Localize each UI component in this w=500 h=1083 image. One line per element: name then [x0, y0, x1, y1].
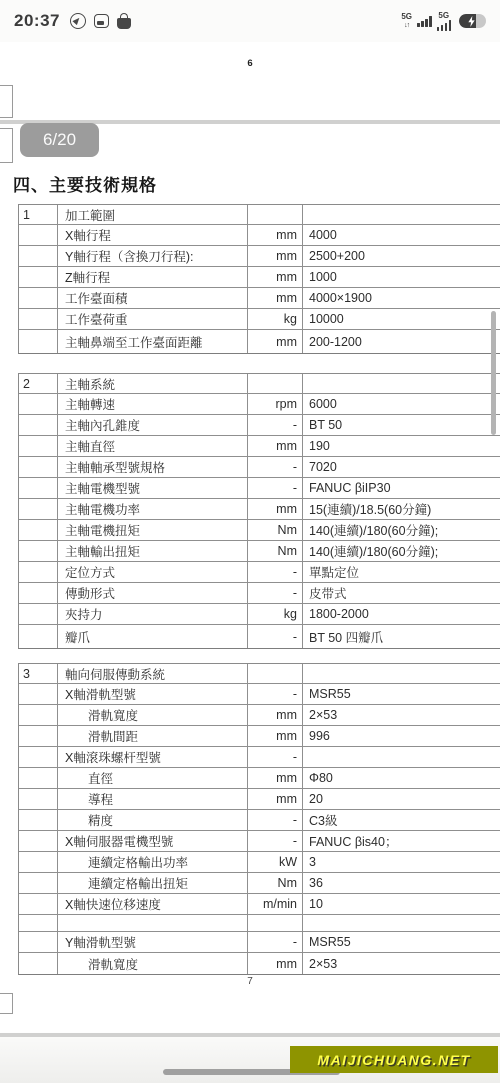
- compass-icon: [70, 13, 86, 29]
- row-number-cell: [19, 267, 58, 287]
- spec-label-cell: 連續定格輸出功率: [58, 852, 248, 872]
- unit-cell: mm: [248, 789, 303, 809]
- table-section-row: 3軸向伺服傳動系統: [19, 664, 500, 684]
- table-row: [19, 915, 500, 932]
- value-cell: 15(連續)/18.5(60分鐘): [303, 499, 500, 519]
- value-cell: 4000: [303, 225, 500, 245]
- table-row: 連續定格輸出扭矩Nm36: [19, 873, 500, 894]
- table-row: Y軸行程（含換刀行程):mm2500+200: [19, 246, 500, 267]
- row-number-cell: [19, 330, 58, 353]
- unit-cell: mm: [248, 705, 303, 725]
- value-cell: 6000: [303, 394, 500, 414]
- value-cell: C3級: [303, 810, 500, 830]
- table-row: 主軸內孔錐度-BT 50: [19, 415, 500, 436]
- value-cell: BT 50: [303, 415, 500, 435]
- status-icons: [70, 13, 131, 29]
- unit-cell: -: [248, 625, 303, 648]
- previous-page-footer-number: 6: [0, 58, 500, 69]
- table-row: 主軸電機扭矩Nm140(連續)/180(60分鐘);: [19, 520, 500, 541]
- value-cell: 單點定位: [303, 562, 500, 582]
- table-row: 滑軌間距mm996: [19, 726, 500, 747]
- section-number-cell: 1: [19, 205, 58, 224]
- table-row: 主軸直徑mm190: [19, 436, 500, 457]
- phone-screen: 20:37 5G ↓↑ 5G: [0, 0, 500, 1083]
- unit-cell: -: [248, 583, 303, 603]
- table-row: 直徑mmΦ80: [19, 768, 500, 789]
- unit-cell: [248, 205, 303, 224]
- unit-cell: mm: [248, 436, 303, 456]
- unit-cell: mm: [248, 267, 303, 287]
- unit-cell: mm: [248, 499, 303, 519]
- section-number-cell: 3: [19, 664, 58, 683]
- row-number-cell: [19, 246, 58, 266]
- value-cell: [303, 915, 500, 931]
- spec-label-cell: 滑軌寬度: [58, 953, 248, 974]
- unit-cell: m/min: [248, 894, 303, 914]
- table-fragment-left-edge: [0, 128, 13, 163]
- unit-cell: mm: [248, 726, 303, 746]
- value-cell: [303, 205, 500, 224]
- unit-cell: mm: [248, 288, 303, 308]
- row-number-cell: [19, 583, 58, 603]
- spec-label-cell: 主軸轉速: [58, 394, 248, 414]
- value-cell: MSR55: [303, 684, 500, 704]
- table-row: X軸快速位移速度m/min10: [19, 894, 500, 915]
- table-row: 夾持力kg1800-2000: [19, 604, 500, 625]
- unit-cell: Nm: [248, 541, 303, 561]
- spec-label-cell: [58, 915, 248, 931]
- unit-cell: Nm: [248, 520, 303, 540]
- spec-label-cell: 定位方式: [58, 562, 248, 582]
- unit-cell: mm: [248, 953, 303, 974]
- value-cell: 20: [303, 789, 500, 809]
- row-number-cell: [19, 789, 58, 809]
- row-number-cell: [19, 684, 58, 704]
- sim2-signal-icon: [437, 20, 452, 31]
- value-cell: [303, 664, 500, 683]
- value-cell: 1800-2000: [303, 604, 500, 624]
- current-page-footer-number: 7: [0, 976, 500, 987]
- value-cell: FANUC βiIP30: [303, 478, 500, 498]
- spec-label-cell: 工作臺面積: [58, 288, 248, 308]
- spec-label-cell: X軸快速位移速度: [58, 894, 248, 914]
- spec-label-cell: Y軸滑軌型號: [58, 932, 248, 952]
- table-fragment-left-edge: [0, 993, 13, 1014]
- value-cell: [303, 747, 500, 767]
- spec-label-cell: 主軸軸承型號規格: [58, 457, 248, 477]
- value-cell: Φ80: [303, 768, 500, 788]
- spec-label-cell: 主軸電機功率: [58, 499, 248, 519]
- row-number-cell: [19, 604, 58, 624]
- spec-label-cell: 主軸內孔錐度: [58, 415, 248, 435]
- spec-label-cell: 主軸直徑: [58, 436, 248, 456]
- unit-cell: Nm: [248, 873, 303, 893]
- row-number-cell: [19, 768, 58, 788]
- row-number-cell: [19, 541, 58, 561]
- unit-cell: kW: [248, 852, 303, 872]
- row-number-cell: [19, 810, 58, 830]
- row-number-cell: [19, 852, 58, 872]
- table-section-row: 2主軸系統: [19, 374, 500, 394]
- unit-cell: -: [248, 478, 303, 498]
- scrollbar-thumb[interactable]: [491, 311, 496, 435]
- table-row: 滑軌寬度mm2×53: [19, 953, 500, 974]
- battery-icon: [459, 14, 486, 28]
- sim2-network-indicator: 5G: [437, 12, 452, 31]
- unit-cell: kg: [248, 309, 303, 329]
- unit-cell: -: [248, 810, 303, 830]
- spec-table-spindle-system: 2主軸系統主軸轉速rpm6000主軸內孔錐度-BT 50主軸直徑mm190主軸軸…: [18, 373, 500, 649]
- table-row: 工作臺荷重kg10000: [19, 309, 500, 330]
- row-number-cell: [19, 873, 58, 893]
- unit-cell: mm: [248, 246, 303, 266]
- unit-cell: mm: [248, 330, 303, 353]
- watermark-badge: MAIJICHUANG.NET: [290, 1046, 498, 1073]
- spec-label-cell: Y軸行程（含換刀行程):: [58, 246, 248, 266]
- spec-table-axis-servo-system: 3軸向伺服傳動系統X軸滑軌型號-MSR55滑軌寬度mm2×53滑軌間距mm996…: [18, 663, 500, 975]
- spec-label-cell: 直徑: [58, 768, 248, 788]
- value-cell: 1000: [303, 267, 500, 287]
- sim2-5g-label: 5G: [438, 12, 449, 20]
- value-cell: 皮带式: [303, 583, 500, 603]
- data-arrows-icon: ↓↑: [404, 22, 409, 29]
- value-cell: 996: [303, 726, 500, 746]
- unit-cell: rpm: [248, 394, 303, 414]
- row-number-cell: [19, 499, 58, 519]
- table-row: X軸滾珠螺杆型號-: [19, 747, 500, 768]
- value-cell: 140(連續)/180(60分鐘);: [303, 541, 500, 561]
- spec-label-cell: X軸伺服器電機型號: [58, 831, 248, 851]
- value-cell: 2500+200: [303, 246, 500, 266]
- spec-label-cell: X軸滑軌型號: [58, 684, 248, 704]
- row-number-cell: [19, 457, 58, 477]
- table-row: 滑軌寬度mm2×53: [19, 705, 500, 726]
- unit-cell: -: [248, 684, 303, 704]
- value-cell: 36: [303, 873, 500, 893]
- page-position-badge: 6/20: [20, 123, 99, 157]
- table-row: Z軸行程mm1000: [19, 267, 500, 288]
- spec-label-cell: 主軸鼻端至工作臺面距離: [58, 330, 248, 353]
- unit-cell: [248, 374, 303, 393]
- value-cell: BT 50 四瓣爪: [303, 625, 500, 648]
- row-number-cell: [19, 915, 58, 931]
- status-bar: 20:37 5G ↓↑ 5G: [0, 0, 500, 42]
- screenshot-capture-icon: [94, 14, 109, 28]
- spec-label-cell: 滑軌寬度: [58, 705, 248, 725]
- spec-label-cell: 主軸輸出扭矩: [58, 541, 248, 561]
- section-title-cell: 加工範圍: [58, 205, 248, 224]
- table-row: 主軸電機型號-FANUC βiIP30: [19, 478, 500, 499]
- value-cell: 10000: [303, 309, 500, 329]
- unit-cell: -: [248, 831, 303, 851]
- spec-table-machining-range: 1加工範圍X軸行程mm4000Y軸行程（含換刀行程):mm2500+200Z軸行…: [18, 204, 500, 354]
- spec-label-cell: 主軸電機扭矩: [58, 520, 248, 540]
- clock: 20:37: [14, 11, 60, 31]
- spec-label-cell: 工作臺荷重: [58, 309, 248, 329]
- row-number-cell: [19, 288, 58, 308]
- table-row: X軸滑軌型號-MSR55: [19, 684, 500, 705]
- value-cell: 200-1200: [303, 330, 500, 353]
- unit-cell: -: [248, 562, 303, 582]
- table-row: X軸行程mm4000: [19, 225, 500, 246]
- value-cell: 10: [303, 894, 500, 914]
- spec-label-cell: X軸滾珠螺杆型號: [58, 747, 248, 767]
- status-bar-right: 5G ↓↑ 5G: [401, 12, 486, 31]
- table-fragment-left-edge: [0, 85, 13, 118]
- table-row: 工作臺面積mm4000×1900: [19, 288, 500, 309]
- value-cell: 3: [303, 852, 500, 872]
- table-row: X軸伺服器電機型號-FANUC βis40；: [19, 831, 500, 852]
- shopping-bag-icon: [117, 18, 131, 29]
- spec-label-cell: 夾持力: [58, 604, 248, 624]
- unit-cell: -: [248, 415, 303, 435]
- document-scroll-area[interactable]: 6 6/20 四、主要技術規格 1加工範圍X軸行程mm4000Y軸行程（含換刀行…: [0, 42, 500, 1083]
- table-row: 主軸轉速rpm6000: [19, 394, 500, 415]
- document-section-title: 四、主要技術規格: [13, 171, 157, 196]
- row-number-cell: [19, 478, 58, 498]
- table-row: 定位方式-單點定位: [19, 562, 500, 583]
- row-number-cell: [19, 953, 58, 974]
- value-cell: FANUC βis40；: [303, 831, 500, 851]
- value-cell: MSR55: [303, 932, 500, 952]
- table-row: 傳動形式-皮带式: [19, 583, 500, 604]
- row-number-cell: [19, 436, 58, 456]
- table-row: 主軸輸出扭矩Nm140(連續)/180(60分鐘);: [19, 541, 500, 562]
- row-number-cell: [19, 726, 58, 746]
- table-row: 瓣爪-BT 50 四瓣爪: [19, 625, 500, 648]
- spec-label-cell: 滑軌間距: [58, 726, 248, 746]
- unit-cell: [248, 915, 303, 931]
- row-number-cell: [19, 831, 58, 851]
- unit-cell: mm: [248, 768, 303, 788]
- spec-label-cell: Z軸行程: [58, 267, 248, 287]
- row-number-cell: [19, 225, 58, 245]
- row-number-cell: [19, 932, 58, 952]
- row-number-cell: [19, 562, 58, 582]
- sim1-signal-icon: [417, 16, 432, 27]
- value-cell: 190: [303, 436, 500, 456]
- spec-label-cell: 導程: [58, 789, 248, 809]
- row-number-cell: [19, 894, 58, 914]
- table-row: 連續定格輸出功率kW3: [19, 852, 500, 873]
- table-row: 主軸鼻端至工作臺面距離mm200-1200: [19, 330, 500, 353]
- unit-cell: [248, 664, 303, 683]
- value-cell: 4000×1900: [303, 288, 500, 308]
- row-number-cell: [19, 625, 58, 648]
- table-row: 主軸軸承型號規格-7020: [19, 457, 500, 478]
- value-cell: 140(連續)/180(60分鐘);: [303, 520, 500, 540]
- section-title-cell: 軸向伺服傳動系統: [58, 664, 248, 683]
- unit-cell: -: [248, 932, 303, 952]
- section-title-cell: 主軸系統: [58, 374, 248, 393]
- unit-cell: mm: [248, 225, 303, 245]
- section-number-cell: 2: [19, 374, 58, 393]
- value-cell: 2×53: [303, 953, 500, 974]
- charging-bolt-icon: [467, 16, 476, 27]
- unit-cell: kg: [248, 604, 303, 624]
- row-number-cell: [19, 520, 58, 540]
- value-cell: [303, 374, 500, 393]
- spec-label-cell: 連續定格輸出扭矩: [58, 873, 248, 893]
- table-section-row: 1加工範圍: [19, 205, 500, 225]
- unit-cell: -: [248, 457, 303, 477]
- table-row: 精度-C3級: [19, 810, 500, 831]
- spec-label-cell: X軸行程: [58, 225, 248, 245]
- spec-label-cell: 精度: [58, 810, 248, 830]
- table-row: 導程mm20: [19, 789, 500, 810]
- table-row: Y軸滑軌型號-MSR55: [19, 932, 500, 953]
- row-number-cell: [19, 747, 58, 767]
- spec-label-cell: 瓣爪: [58, 625, 248, 648]
- sim1-network-indicator: 5G ↓↑: [401, 13, 412, 29]
- table-row: 主軸電機功率mm15(連續)/18.5(60分鐘): [19, 499, 500, 520]
- sim1-5g-label: 5G: [401, 13, 412, 21]
- row-number-cell: [19, 309, 58, 329]
- value-cell: 2×53: [303, 705, 500, 725]
- row-number-cell: [19, 394, 58, 414]
- value-cell: 7020: [303, 457, 500, 477]
- row-number-cell: [19, 705, 58, 725]
- row-number-cell: [19, 415, 58, 435]
- spec-label-cell: 主軸電機型號: [58, 478, 248, 498]
- spec-label-cell: 傳動形式: [58, 583, 248, 603]
- unit-cell: -: [248, 747, 303, 767]
